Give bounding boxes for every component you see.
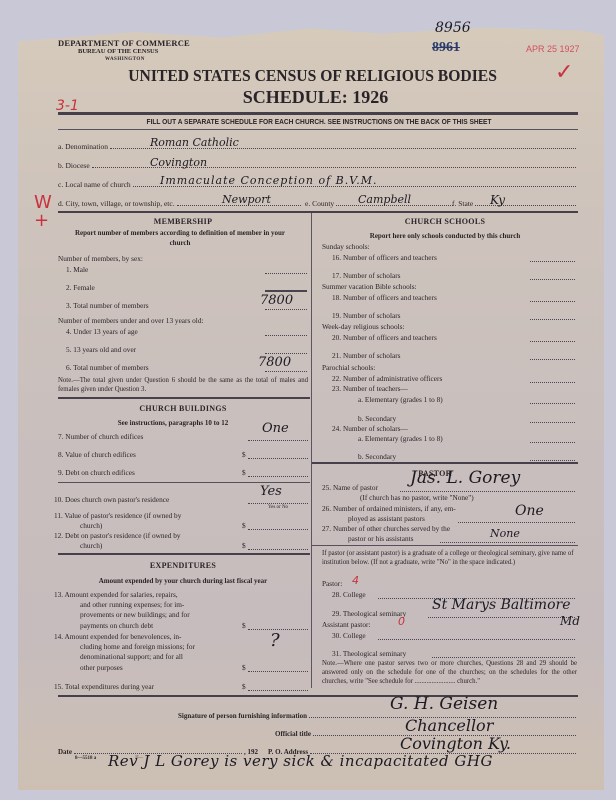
assistant-red-mark: 0 — [398, 615, 405, 628]
q11-label: 11. Value of pastor's residence (if owne… — [54, 511, 181, 520]
handwritten-remark: Rev J L Gorey is very sick & incapacitat… — [108, 752, 493, 770]
header-rule — [58, 112, 578, 115]
q12-dollar: $ — [242, 541, 246, 550]
signature-value: G. H. Geisen — [390, 694, 498, 714]
q31-label: 31. Theological seminary — [332, 649, 406, 658]
q29-label: 29. Theological seminary — [332, 609, 406, 618]
q13-label-3: provements or new buildings; and for — [80, 610, 190, 619]
q14-value: ? — [270, 630, 280, 651]
diocese-field[interactable]: b. Diocese — [58, 161, 578, 170]
q9-label: 9. Debt on church edifices — [58, 468, 135, 477]
q16-label: 16. Number of officers and teachers — [332, 253, 437, 262]
signature-field[interactable]: Signature of person furnishing informati… — [178, 712, 578, 720]
q26-value: One — [515, 503, 544, 519]
buildings-subheading: See instructions, paragraphs 10 to 12 — [58, 418, 288, 428]
q12-input[interactable] — [248, 540, 308, 550]
instruction-banner: FILL OUT A SEPARATE SCHEDULE FOR EACH CH… — [37, 117, 579, 126]
q27-label: 27. Number of other churches served by t… — [322, 524, 450, 533]
city-value: Newport — [222, 193, 271, 206]
bureau-label: BUREAU OF THE CENSUS — [78, 48, 158, 55]
pastor-rule — [312, 545, 578, 546]
q21-input[interactable] — [530, 350, 575, 360]
q26-label: 26. Number of ordained ministers, if any… — [322, 504, 456, 513]
q23b-label: b. Secondary — [358, 414, 396, 423]
summer-label: Summer vacation Bible schools: — [322, 282, 417, 291]
schools-bottom-rule — [312, 462, 578, 464]
q24-label: 24. Number of scholars— — [332, 424, 408, 433]
buildings-bottom-rule — [58, 553, 310, 555]
form-title: UNITED STATES CENSUS OF RELIGIOUS BODIES — [25, 66, 592, 86]
q14-dollar: $ — [242, 663, 246, 672]
expenditures-bottom-rule — [58, 695, 578, 697]
file-number: 8956 — [435, 20, 471, 36]
q14-label-4: other purposes — [80, 663, 123, 672]
q23b-input[interactable] — [530, 413, 575, 423]
q12-label: 12. Debt on pastor's residence (if owned… — [54, 531, 181, 540]
age-label: Number of members under and over 13 year… — [58, 316, 204, 325]
official-title-value: Chancellor — [405, 716, 493, 735]
q5-input[interactable] — [265, 344, 307, 354]
church-name-label: c. Local name of church — [58, 180, 131, 189]
diocese-label: b. Diocese — [58, 161, 90, 170]
q7-value: One — [262, 421, 289, 436]
section-rule — [58, 211, 578, 213]
q20-label: 20. Number of officers and teachers — [332, 333, 437, 342]
q27-value: None — [490, 527, 520, 540]
q6-value: 7800 — [258, 355, 291, 370]
q18-label: 18. Number of officers and teachers — [332, 293, 437, 302]
pastor-red-mark: 4 — [352, 574, 359, 587]
q24a-input[interactable] — [530, 433, 575, 443]
pastor-note: Note.—Where one pastor serves two or mor… — [322, 659, 577, 686]
q6-label: 6. Total number of members — [66, 363, 149, 372]
q2-label: 2. Female — [66, 283, 95, 292]
q15-dollar: $ — [242, 682, 246, 691]
signature-label: Signature of person furnishing informati… — [178, 712, 307, 720]
q19-label: 19. Number of scholars — [332, 311, 401, 320]
membership-heading: MEMBERSHIP — [58, 217, 308, 226]
q26-label-2: ployed as assistant pastors — [348, 514, 425, 523]
q14-label: 14. Amount expended for benevolences, in… — [54, 632, 181, 641]
q10-label: 10. Does church own pastor's residence — [54, 495, 169, 504]
state-label: f. State — [452, 199, 473, 208]
q1-label: 1. Male — [66, 265, 88, 274]
schools-subheading: Report here only schools conducted by th… — [315, 231, 575, 241]
q13-label-2: and other running expenses; for im- — [80, 600, 184, 609]
q23a-input[interactable] — [530, 394, 575, 404]
q20-input[interactable] — [530, 332, 575, 342]
q9-dollar: $ — [242, 468, 246, 477]
q21-label: 21. Number of scholars — [332, 351, 401, 360]
q13-dollar: $ — [242, 621, 246, 630]
q13-label-4: payments on church debt — [80, 621, 153, 630]
q8-label: 8. Value of church edifices — [58, 450, 136, 459]
q16-input[interactable] — [530, 252, 575, 262]
sunday-label: Sunday schools: — [322, 242, 370, 251]
q11-dollar: $ — [242, 521, 246, 530]
q30-label: 30. College — [332, 631, 366, 640]
q13-input[interactable] — [248, 620, 308, 630]
q13-label: 13. Amount expended for salaries, repair… — [54, 590, 178, 599]
q8-dollar: $ — [242, 450, 246, 459]
q23-label: 23. Number of teachers— — [332, 384, 408, 393]
received-date-stamp: APR 25 1927 — [526, 44, 580, 54]
q17-input[interactable] — [530, 270, 575, 280]
q14-label-2: cluding home and foreign missions; for — [80, 642, 195, 651]
q5-label: 5. 13 years old and over — [66, 345, 136, 354]
q1-input[interactable] — [265, 264, 307, 274]
q25-value: Jas. L. Gorey — [410, 468, 520, 488]
state-value: Ky — [490, 193, 505, 207]
q30-input[interactable] — [378, 630, 575, 640]
q23a-label: a. Elementary (grades 1 to 8) — [358, 395, 443, 404]
denomination-field[interactable]: a. Denomination — [58, 142, 578, 151]
assistant-pastor-label: Assistant pastor: — [322, 620, 370, 629]
q29-value-state: Md — [560, 614, 580, 628]
date-label: Date — [58, 748, 72, 756]
q15-input[interactable] — [248, 681, 308, 691]
q24b-input[interactable] — [530, 451, 575, 461]
graduate-note: If pastor (or assistant pastor) is a gra… — [322, 549, 577, 567]
form-code: 8—5518 a — [75, 756, 96, 761]
file-number-struck: 8961 — [432, 40, 460, 56]
q4-label: 4. Under 13 years of age — [66, 327, 138, 336]
pastor-label: Pastor: — [322, 579, 342, 588]
q9-input[interactable] — [248, 467, 308, 477]
expenditures-heading: EXPENDITURES — [58, 561, 308, 570]
q3-value: 7800 — [260, 293, 293, 308]
by-sex-label: Number of members, by sex: — [58, 254, 143, 263]
expenditures-subheading: Amount expended by your church during la… — [58, 576, 308, 586]
q3-label: 3. Total number of members — [66, 301, 149, 310]
q2-input[interactable] — [265, 282, 307, 292]
diocese-value: Covington — [150, 156, 207, 169]
q10-hint: Yes or No — [268, 505, 288, 510]
schools-heading: CHURCH SCHOOLS — [315, 217, 575, 226]
q8-input[interactable] — [248, 449, 308, 459]
q19-input[interactable] — [530, 310, 575, 320]
q25-hint: (If church has no pastor, write "None") — [360, 493, 474, 502]
po-address-value: Covington Ky. — [400, 734, 511, 753]
city-field-label: d. City, town, village, or township, etc… — [58, 199, 175, 208]
column-divider — [311, 213, 312, 688]
department-label: DEPARTMENT OF COMMERCE — [58, 38, 190, 48]
membership-note: Note.—The total given under Question 6 s… — [58, 376, 308, 394]
q14-input[interactable] — [248, 662, 308, 672]
q29-value: St Marys Baltimore — [432, 597, 570, 613]
q14-label-3: denominational support; and for all — [80, 652, 183, 661]
county-value: Campbell — [358, 193, 411, 206]
county-label: e. County — [305, 199, 334, 208]
q11-label-2: church) — [80, 521, 102, 530]
schedule-title: SCHEDULE: 1926 — [0, 87, 616, 108]
q28-label: 28. College — [332, 590, 366, 599]
state-field[interactable]: f. State — [452, 199, 578, 208]
city-label: Washington — [105, 57, 145, 62]
q31-input[interactable] — [432, 648, 575, 658]
q27-label-2: pastor or his assistants — [348, 534, 413, 543]
buildings-heading: CHURCH BUILDINGS — [58, 404, 308, 413]
q4-input[interactable] — [265, 326, 307, 336]
margin-edit-marks: W + — [34, 194, 50, 230]
q7-label: 7. Number of church edifices — [58, 432, 143, 441]
q24b-label: b. Secondary — [358, 452, 396, 461]
instruction-rule — [58, 129, 578, 130]
membership-rule — [58, 397, 310, 399]
q24a-label: a. Elementary (grades 1 to 8) — [358, 434, 443, 443]
q11-input[interactable] — [248, 520, 308, 530]
denomination-value: Roman Catholic — [150, 136, 239, 149]
buildings-rule — [58, 482, 310, 483]
official-title-label: Official title — [275, 730, 311, 738]
denomination-label: a. Denomination — [58, 142, 108, 151]
q12-label-2: church) — [80, 541, 102, 550]
q17-label: 17. Number of scholars — [332, 271, 401, 280]
weekday-label: Week-day religious schools: — [322, 322, 405, 331]
q25-label: 25. Name of pastor — [322, 483, 378, 492]
q22-label: 22. Number of administrative officers — [332, 374, 442, 383]
parochial-label: Parochial schools: — [322, 363, 375, 372]
q18-input[interactable] — [530, 292, 575, 302]
church-name-value: Immaculate Conception of B.V.M. — [160, 174, 378, 187]
q22-input[interactable] — [530, 373, 575, 383]
membership-subheading: Report number of members according to de… — [70, 228, 290, 248]
q10-value: Yes — [260, 484, 282, 499]
q15-label: 15. Total expenditures during year — [54, 682, 154, 691]
